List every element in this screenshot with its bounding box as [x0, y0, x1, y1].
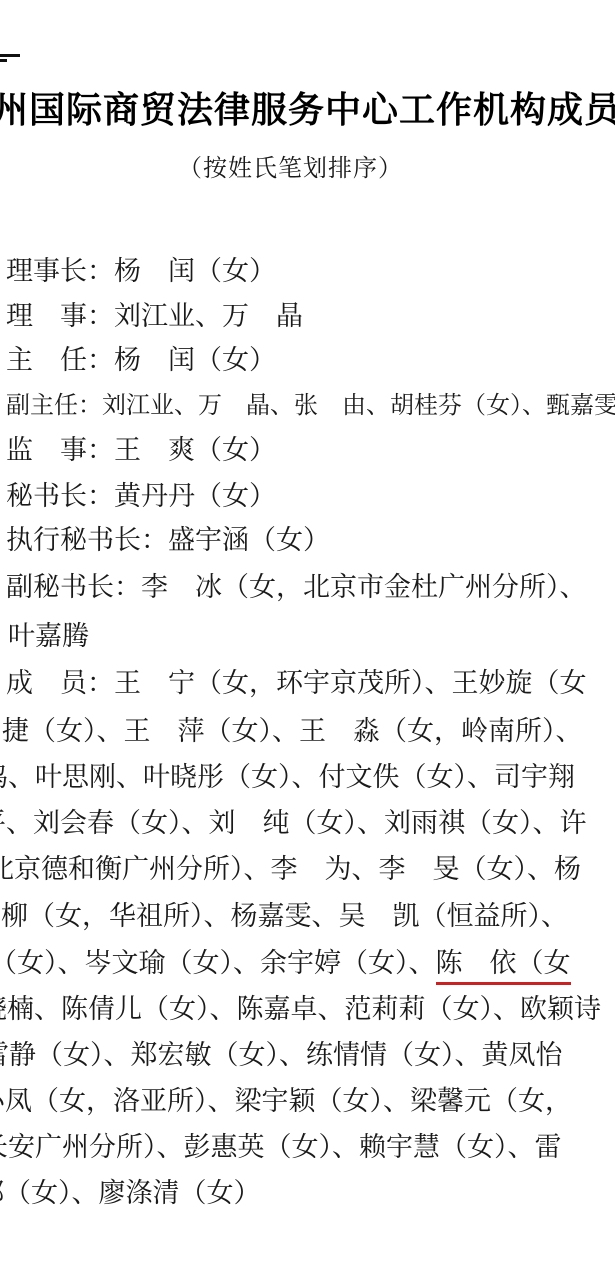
page-title: 州国际商贸法律服务中心工作机构成员名 [0, 82, 615, 133]
line-members-cont-7: 晓楠、陈倩儿（女）、陈嘉卓、范莉莉（女）、欧颖诗 [0, 993, 601, 1025]
line-deputy-secretaries: 副秘书长：李 冰（女，北京市金杜广州分所）、 [6, 571, 587, 603]
clipped-edge-mark [0, 54, 20, 57]
line-exec-secretary-general: 执行秘书长：盛宇涵（女） [6, 524, 330, 556]
line-members-cont-9: 小凤（女，洛亚所）、梁宇颖（女）、梁馨元（女， [0, 1085, 572, 1117]
members-cont-6-text: （女）、岑文瑜（女）、余宇婷（女）、 [0, 948, 436, 978]
line-deputy-directors: 副主任：刘江业、万 晶、张 由、胡桂芬（女）、甄嘉雯 [6, 390, 615, 422]
line-supervisor: 监 事：王 爽（女） [6, 434, 276, 466]
line-members-cont-6: （女）、岑文瑜（女）、余宇婷（女）、陈 依（女 [0, 947, 571, 979]
document-page: 州国际商贸法律服务中心工作机构成员名 （按姓氏笔划排序） 理事长：杨 闰（女） … [0, 0, 615, 1280]
line-members-cont-11: 娜（女）、廖涤清（女） [0, 1177, 261, 1209]
line-members-cont-4: 北京德和衡广州分所）、李 为、李 旻（女）、杨 [0, 853, 581, 885]
line-deputy-secretaries-cont: 叶嘉腾 [8, 620, 89, 652]
line-members-cont-5: 柳（女，华祖所）、杨嘉雯、吴 凯（恒益所）、 [1, 900, 568, 932]
line-directors: 理 事：刘江业、万 晶 [6, 300, 303, 332]
line-members-cont-8: 雪静（女）、郑宏敏（女）、练情情（女）、黄凤怡 [0, 1039, 563, 1071]
line-members-cont-1: 捷（女）、王 萍（女）、王 淼（女，岭南所）、 [2, 715, 583, 747]
line-members: 成 员：王 宁（女，环宇京茂所）、王妙旋（女 [6, 667, 587, 699]
clipped-edge-mark [0, 59, 7, 62]
red-underlined-name: 陈 依（女 [436, 948, 571, 985]
line-secretary-general: 秘书长：黄丹丹（女） [6, 480, 276, 512]
line-members-cont-10: 长安广州分所）、彭惠英（女）、赖宇慧（女）、雷 [0, 1131, 562, 1163]
line-chairman: 理事长：杨 闰（女） [6, 255, 276, 287]
line-director: 主 任：杨 闰（女） [6, 344, 276, 376]
line-members-cont-3: 平、刘会春（女）、刘 纯（女）、刘雨祺（女）、许 [0, 807, 587, 839]
line-members-cont-2: 鸣、叶思刚、叶晓彤（女）、付文佚（女）、司宇翔 [0, 761, 575, 793]
page-subtitle: （按姓氏笔划排序） [178, 148, 403, 183]
